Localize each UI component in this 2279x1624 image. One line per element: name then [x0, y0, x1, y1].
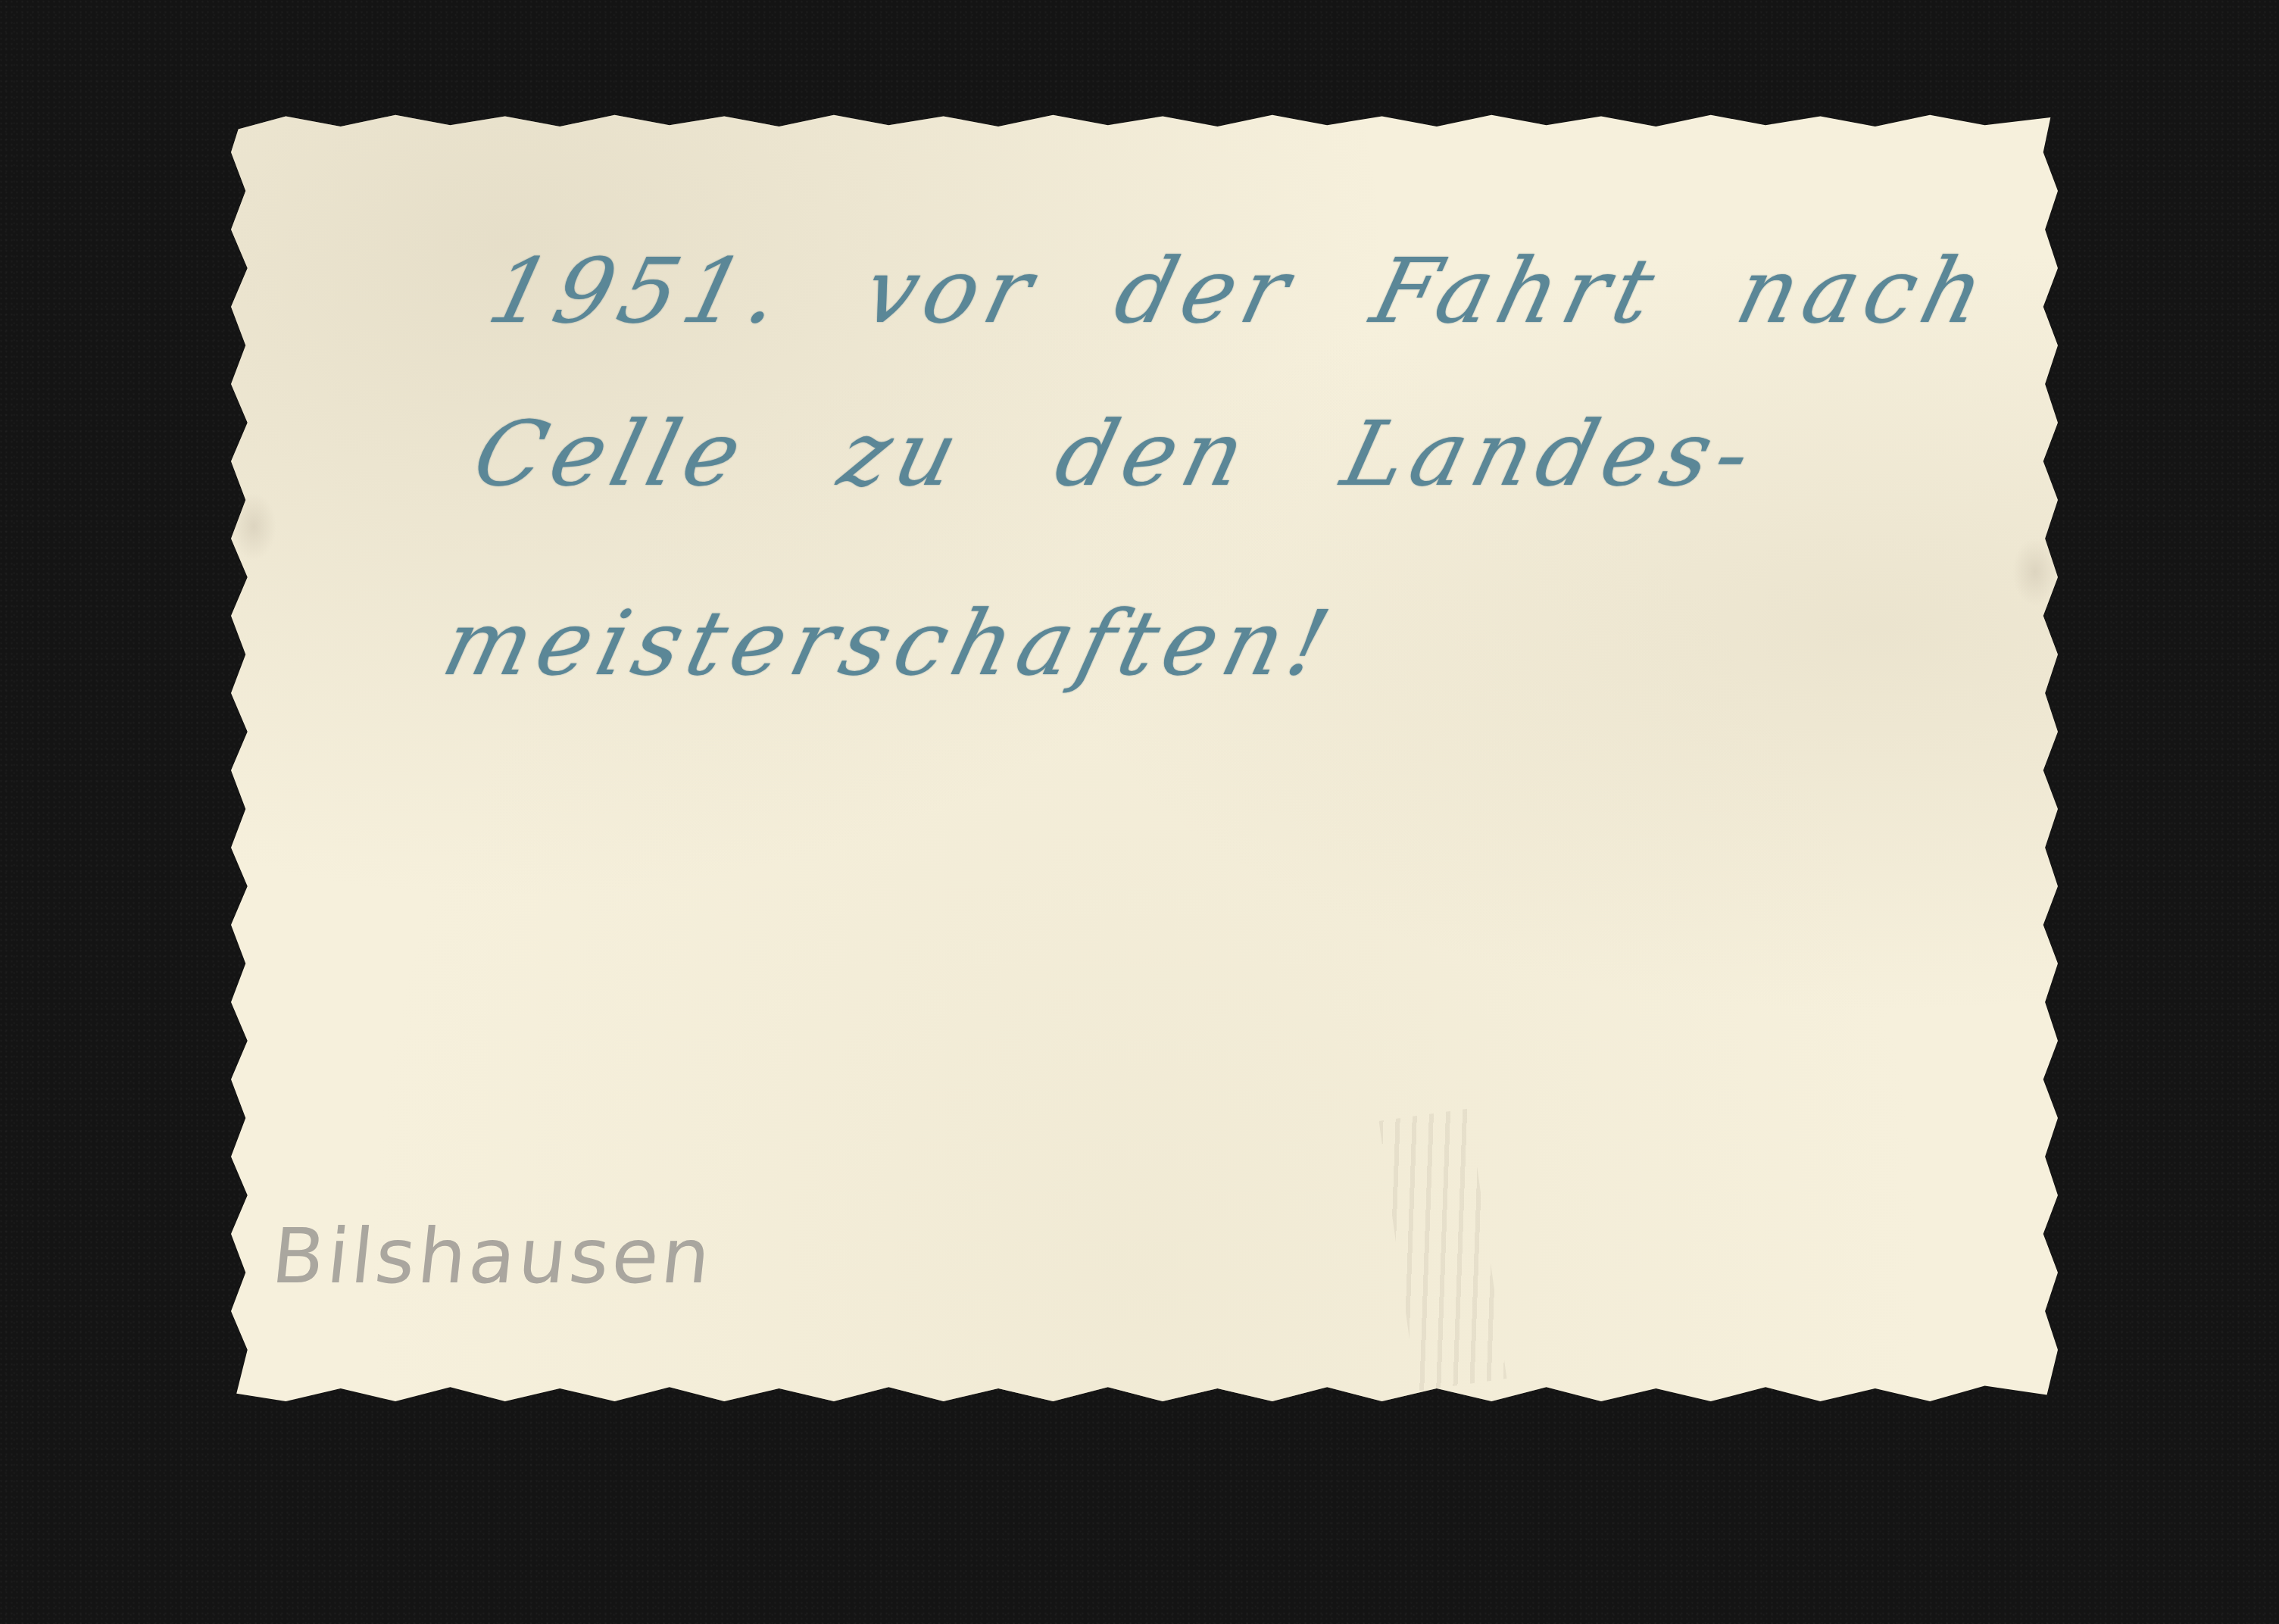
photo-card-reverse: 1951. vor der Fahrt nach Celle zu den La… [231, 114, 2058, 1401]
faint-stamp [1379, 1108, 1507, 1391]
handwritten-line-2: Celle zu den Landes- [466, 409, 1766, 498]
pencil-location-note: Bilshausen [268, 1212, 718, 1301]
scan-backing: 1951. vor der Fahrt nach Celle zu den La… [0, 0, 2279, 1624]
paper-wear-mark [2012, 538, 2058, 606]
paper-wear-mark [231, 492, 276, 561]
handwritten-line-3: meisterschaften! [436, 598, 1344, 688]
handwritten-line-1: 1951. vor der Fahrt nach [481, 246, 2000, 336]
